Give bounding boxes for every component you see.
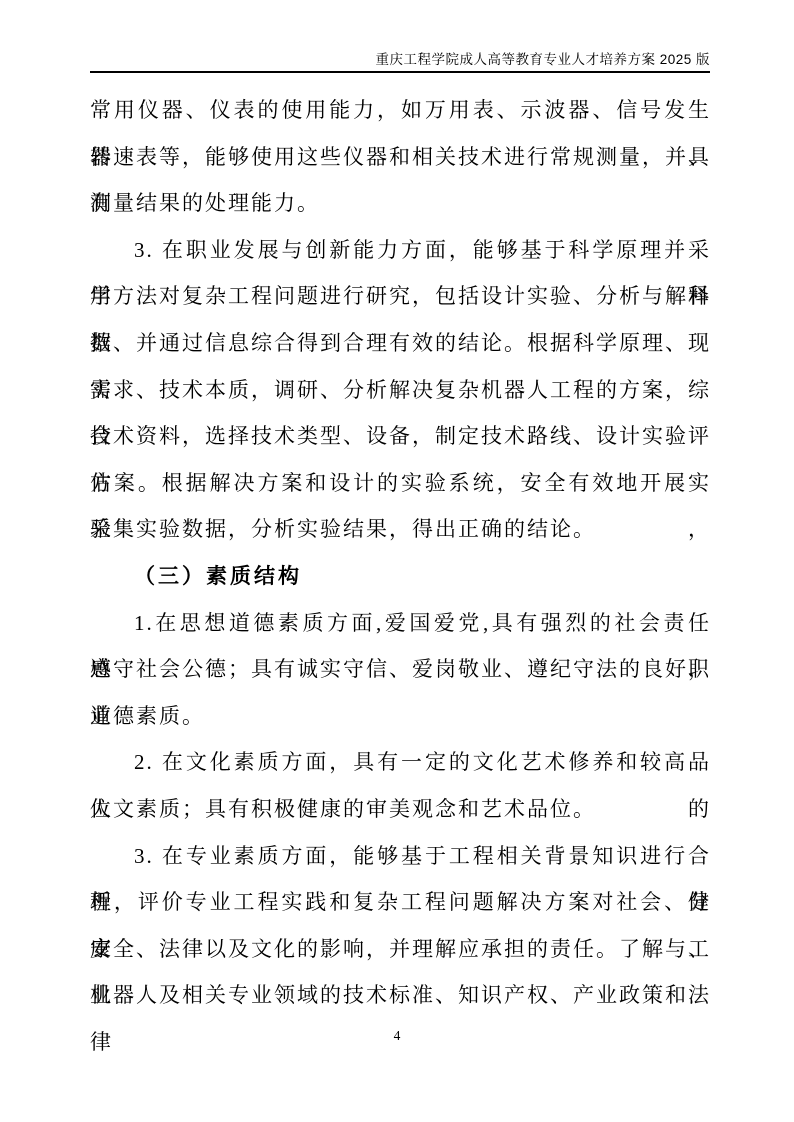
text-line: 道德素质。 — [90, 693, 711, 740]
text-line: 3. 在专业素质方面，能够基于工程相关背景知识进行合理分 — [90, 833, 711, 880]
text-line: 2. 在文化素质方面，具有一定的文化艺术修养和较高品位的 — [90, 739, 711, 786]
page-header: 重庆工程学院成人高等教育专业人才培养方案 2025 版 — [90, 50, 710, 73]
header-rule — [90, 71, 710, 73]
text-line: 技术资料，选择技术类型、设备，制定技术路线、设计实验评估 — [90, 413, 711, 460]
text-line: 学方法对复杂工程问题进行研究，包括设计实验、分析与解释数 — [90, 273, 711, 320]
text-line: 安全、法律以及文化的影响，并理解应承担的责任。了解与工业 — [90, 926, 711, 973]
document-page: 重庆工程学院成人高等教育专业人才培养方案 2025 版 常用仪器、仪表的使用能力… — [0, 0, 794, 1122]
header-title: 重庆工程学院成人高等教育专业人才培养方案 2025 版 — [90, 50, 710, 70]
text-line: 遵守社会公德；具有诚实守信、爱岗敬业、遵纪守法的良好职业 — [90, 646, 711, 693]
text-line: 3. 在职业发展与创新能力方面，能够基于科学原理并采用科 — [90, 227, 711, 274]
text-line: 据、并通过信息综合得到合理有效的结论。根据科学原理、现实 — [90, 320, 711, 367]
section-heading: （三）素质结构 — [90, 553, 711, 600]
text-line: 测量结果的处理能力。 — [90, 180, 711, 227]
page-footer: 4 — [0, 1026, 794, 1046]
text-line: 需求、技术本质，调研、分析解决复杂机器人工程的方案，综合 — [90, 367, 711, 414]
text-line: 常用仪器、仪表的使用能力，如万用表、示波器、信号发生器、 — [90, 87, 711, 134]
text-line: 转速表等，能够使用这些仪器和相关技术进行常规测量，并具有 — [90, 134, 711, 181]
text-line: 方案。根据解决方案和设计的实验系统，安全有效地开展实验， — [90, 460, 711, 507]
text-line: 析，评价专业工程实践和复杂工程问题解决方案对社会、健康、 — [90, 879, 711, 926]
document-body: 常用仪器、仪表的使用能力，如万用表、示波器、信号发生器、转速表等，能够使用这些仪… — [90, 87, 711, 1019]
text-line: 1.在思想道德素质方面,爱国爱党,具有强烈的社会责任感， — [90, 600, 711, 647]
text-line: 机器人及相关专业领域的技术标准、知识产权、产业政策和法律 — [90, 972, 711, 1019]
page-number: 4 — [394, 1028, 401, 1043]
